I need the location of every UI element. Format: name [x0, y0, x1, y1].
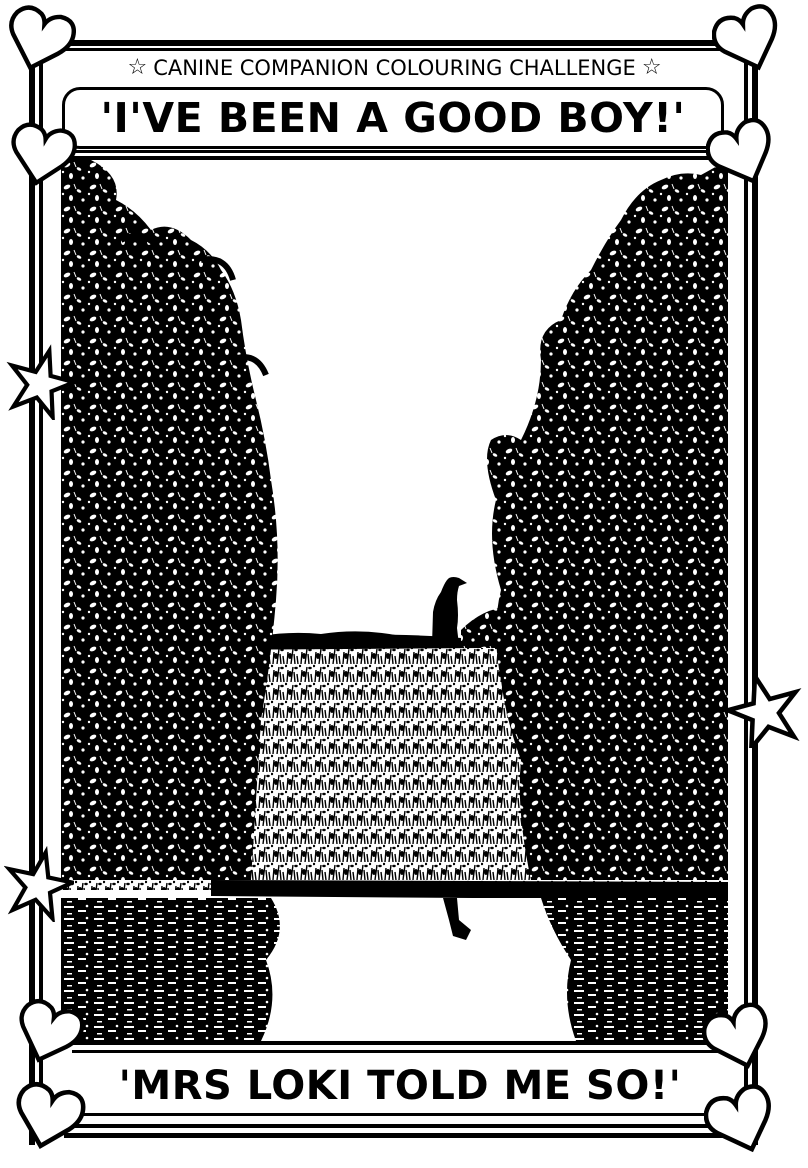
coloring-artwork [61, 160, 728, 1041]
footer-top-line-2 [72, 1050, 727, 1053]
frame-left-outer-line [29, 60, 35, 1145]
header-bottom-line-1 [75, 150, 725, 153]
frame-right-outer-line [752, 60, 758, 1145]
frame-top-inner-line [64, 48, 747, 51]
heart-icon [10, 1080, 86, 1156]
frame-left-inner-line [39, 60, 43, 1145]
heart-icon [712, 4, 786, 78]
frame-top-outer-line [64, 40, 747, 46]
star-icon [726, 672, 802, 748]
frame-right-inner-line [744, 60, 748, 1145]
star-icon [6, 344, 76, 420]
heart-icon [702, 1002, 776, 1076]
heart-icon [704, 1084, 780, 1160]
heart-icon [6, 120, 78, 192]
top-title-banner: 'I'VE BEEN A GOOD BOY!' [62, 87, 724, 149]
footer-top-line-1 [61, 1041, 728, 1045]
footer-bottom-line-2 [64, 1124, 729, 1128]
challenge-subtitle: ☆ CANINE COMPANION COLOURING CHALLENGE ☆ [72, 52, 717, 84]
footer-bottom-line-3 [64, 1133, 729, 1138]
bottom-title-banner: 'MRS LOKI TOLD ME SO!' [70, 1060, 730, 1112]
heart-icon [12, 998, 84, 1070]
artwork-illustration [61, 160, 728, 1041]
bottom-title-text: 'MRS LOKI TOLD ME SO!' [119, 1063, 682, 1109]
star-icon: ☆ [642, 57, 662, 79]
pond-reflection [61, 898, 728, 1041]
subtitle-text: CANINE COMPANION COLOURING CHALLENGE [153, 56, 636, 80]
footer-bottom-line-1 [72, 1113, 727, 1116]
star-icon: ☆ [127, 57, 147, 79]
star-icon [4, 846, 74, 922]
heart-icon [706, 118, 780, 192]
top-title-text: 'I'VE BEEN A GOOD BOY!' [101, 94, 686, 142]
heart-icon [2, 4, 76, 78]
